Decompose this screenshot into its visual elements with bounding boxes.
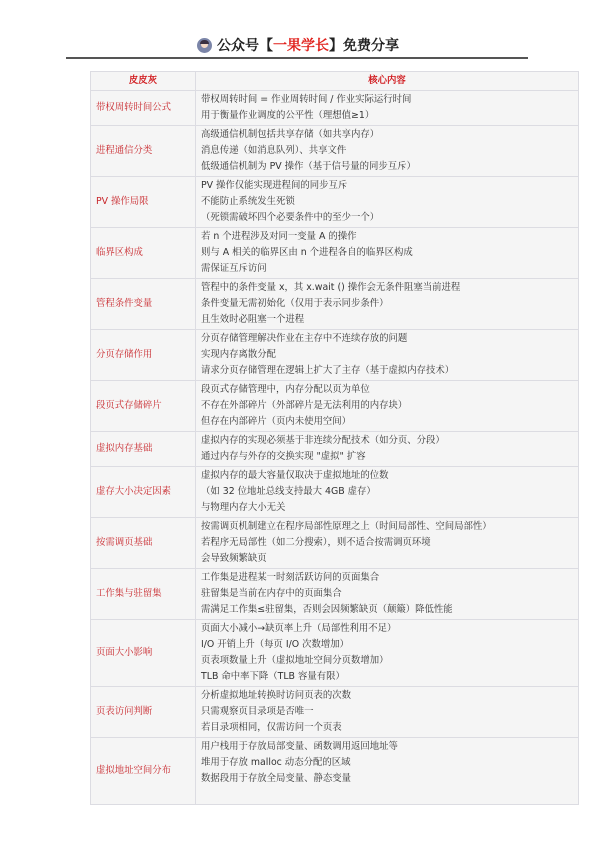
row-content: 管程中的条件变量 x，其 x.wait () 操作会无条件阻塞当前进程条件变量无… [196, 279, 579, 330]
table-row: 带权周转时间公式带权周转时间 = 作业周转时间 / 作业实际运行时间用于衡量作业… [91, 91, 579, 126]
row-content: 工作集是进程某一时刻活跃访问的页面集合驻留集是当前在内存中的页面集合需满足工作集… [196, 569, 579, 620]
content-line: 用户栈用于存放局部变量、函数调用返回地址等 [201, 739, 573, 755]
table-row: 页表访问判断分析虚拟地址转换时访问页表的次数只需观察页目录项是否唯一若目录项相同… [91, 687, 579, 738]
content-line: 页表项数量上升（虚拟地址空间分页数增加） [201, 653, 573, 669]
content-line: 工作集是进程某一时刻活跃访问的页面集合 [201, 570, 573, 586]
row-topic: 段页式存储碎片 [91, 381, 196, 432]
row-topic: 工作集与驻留集 [91, 569, 196, 620]
table-row: PV 操作局限PV 操作仅能实现进程间的同步互斥不能防止系统发生死锁（死锁需破坏… [91, 177, 579, 228]
header-suffix: 】免费分享 [329, 35, 399, 55]
row-content: 分页存储管理解决作业在主存中不连续存放的问题实现内存离散分配请求分页存储管理在逻… [196, 330, 579, 381]
row-topic: 页面大小影响 [91, 620, 196, 687]
avatar-icon [197, 38, 212, 53]
content-line: 但存在内部碎片（页内未使用空间） [201, 414, 573, 430]
content-line: 若程序无局部性（如二分搜索），则不适合按需调页环境 [201, 535, 573, 551]
content-line: 需满足工作集≤驻留集，否则会因频繁缺页（颠簸）降低性能 [201, 602, 573, 618]
content-line: 请求分页存储管理在逻辑上扩大了主存（基于虚拟内存技术） [201, 363, 573, 379]
content-line: 条件变量无需初始化（仅用于表示同步条件） [201, 296, 573, 312]
row-topic: PV 操作局限 [91, 177, 196, 228]
row-content: PV 操作仅能实现进程间的同步互斥不能防止系统发生死锁（死锁需破坏四个必要条件中… [196, 177, 579, 228]
content-line: 不存在外部碎片（外部碎片是无法利用的内存块） [201, 398, 573, 414]
page-header: 公众号【一果学长】免费分享 [0, 33, 596, 57]
content-line: 虚拟内存的实现必须基于非连续分配技术（如分页、分段） [201, 433, 573, 449]
row-topic: 虚拟内存基础 [91, 432, 196, 467]
table-header-row: 皮皮灰 核心内容 [91, 72, 579, 91]
content-line: （死锁需破坏四个必要条件中的至少一个） [201, 210, 573, 226]
table-row: 虚存大小决定因素虚拟内存的最大容量仅取决于虚拟地址的位数（如 32 位地址总线支… [91, 467, 579, 518]
table-row: 分页存储作用分页存储管理解决作业在主存中不连续存放的问题实现内存离散分配请求分页… [91, 330, 579, 381]
content-line: 虚拟内存的最大容量仅取决于虚拟地址的位数 [201, 468, 573, 484]
table-row: 按需调页基础按需调页机制建立在程序局部性原理之上（时间局部性、空间局部性）若程序… [91, 518, 579, 569]
table-row: 段页式存储碎片段页式存储管理中，内存分配以页为单位不存在外部碎片（外部碎片是无法… [91, 381, 579, 432]
content-line: 实现内存离散分配 [201, 347, 573, 363]
row-content: 若 n 个进程涉及对同一变量 A 的操作则与 A 相关的临界区由 n 个进程各自… [196, 228, 579, 279]
content-line: TLB 命中率下降（TLB 容量有限） [201, 669, 573, 685]
content-line: I/O 开销上升（每页 I/O 次数增加） [201, 637, 573, 653]
content-line: 与物理内存大小无关 [201, 500, 573, 516]
content-line: （如 32 位地址总线支持最大 4GB 虚存） [201, 484, 573, 500]
knowledge-table: 皮皮灰 核心内容 带权周转时间公式带权周转时间 = 作业周转时间 / 作业实际运… [90, 71, 579, 805]
column-header-content: 核心内容 [196, 72, 579, 91]
content-line: 消息传递（如消息队列）、共享文件 [201, 143, 573, 159]
table-row: 管程条件变量管程中的条件变量 x，其 x.wait () 操作会无条件阻塞当前进… [91, 279, 579, 330]
content-line: 只需观察页目录项是否唯一 [201, 704, 573, 720]
row-topic: 虚拟地址空间分布 [91, 738, 196, 805]
row-topic: 进程通信分类 [91, 126, 196, 177]
content-line: 页面大小减小→缺页率上升（局部性利用不足） [201, 621, 573, 637]
row-content: 段页式存储管理中，内存分配以页为单位不存在外部碎片（外部碎片是无法利用的内存块）… [196, 381, 579, 432]
content-line: 需保证互斥访问 [201, 261, 573, 277]
row-topic: 虚存大小决定因素 [91, 467, 196, 518]
table-row: 虚拟内存基础虚拟内存的实现必须基于非连续分配技术（如分页、分段）通过内存与外存的… [91, 432, 579, 467]
content-line: 驻留集是当前在内存中的页面集合 [201, 586, 573, 602]
row-content: 分析虚拟地址转换时访问页表的次数只需观察页目录项是否唯一若目录项相同，仅需访问一… [196, 687, 579, 738]
row-topic: 分页存储作用 [91, 330, 196, 381]
content-line: 堆用于存放 malloc 动态分配的区域 [201, 755, 573, 771]
row-topic: 临界区构成 [91, 228, 196, 279]
table-row: 虚拟地址空间分布用户栈用于存放局部变量、函数调用返回地址等堆用于存放 mallo… [91, 738, 579, 805]
content-line: 则与 A 相关的临界区由 n 个进程各自的临界区构成 [201, 245, 573, 261]
row-content: 虚拟内存的最大容量仅取决于虚拟地址的位数（如 32 位地址总线支持最大 4GB … [196, 467, 579, 518]
content-line: 带权周转时间 = 作业周转时间 / 作业实际运行时间 [201, 92, 573, 108]
content-line: 用于衡量作业调度的公平性（理想值≥1） [201, 108, 573, 124]
content-line: 管程中的条件变量 x，其 x.wait () 操作会无条件阻塞当前进程 [201, 280, 573, 296]
row-content: 按需调页机制建立在程序局部性原理之上（时间局部性、空间局部性）若程序无局部性（如… [196, 518, 579, 569]
header-divider [66, 57, 528, 59]
content-line: 不能防止系统发生死锁 [201, 194, 573, 210]
content-line: 会导致频繁缺页 [201, 551, 573, 567]
content-line: 分页存储管理解决作业在主存中不连续存放的问题 [201, 331, 573, 347]
content-line: 分析虚拟地址转换时访问页表的次数 [201, 688, 573, 704]
row-content: 虚拟内存的实现必须基于非连续分配技术（如分页、分段）通过内存与外存的交换实现 "… [196, 432, 579, 467]
content-line: 数据段用于存放全局变量、静态变量 [201, 771, 573, 787]
header-brand: 一果学长 [273, 35, 329, 55]
row-topic: 页表访问判断 [91, 687, 196, 738]
row-content: 用户栈用于存放局部变量、函数调用返回地址等堆用于存放 malloc 动态分配的区… [196, 738, 579, 805]
content-line: 高级通信机制包括共享存储（如共享内存） [201, 127, 573, 143]
row-topic: 管程条件变量 [91, 279, 196, 330]
content-line: PV 操作仅能实现进程间的同步互斥 [201, 178, 573, 194]
row-topic: 按需调页基础 [91, 518, 196, 569]
header-prefix: 公众号【 [217, 35, 273, 55]
content-line [201, 787, 573, 803]
column-header-topic: 皮皮灰 [91, 72, 196, 91]
table-row: 工作集与驻留集工作集是进程某一时刻活跃访问的页面集合驻留集是当前在内存中的页面集… [91, 569, 579, 620]
table-row: 临界区构成若 n 个进程涉及对同一变量 A 的操作则与 A 相关的临界区由 n … [91, 228, 579, 279]
content-line: 若目录项相同，仅需访问一个页表 [201, 720, 573, 736]
row-topic: 带权周转时间公式 [91, 91, 196, 126]
content-line: 若 n 个进程涉及对同一变量 A 的操作 [201, 229, 573, 245]
row-content: 带权周转时间 = 作业周转时间 / 作业实际运行时间用于衡量作业调度的公平性（理… [196, 91, 579, 126]
table-row: 页面大小影响页面大小减小→缺页率上升（局部性利用不足）I/O 开销上升（每页 I… [91, 620, 579, 687]
content-line: 段页式存储管理中，内存分配以页为单位 [201, 382, 573, 398]
row-content: 高级通信机制包括共享存储（如共享内存）消息传递（如消息队列）、共享文件低级通信机… [196, 126, 579, 177]
table-row: 进程通信分类高级通信机制包括共享存储（如共享内存）消息传递（如消息队列）、共享文… [91, 126, 579, 177]
content-line: 通过内存与外存的交换实现 "虚拟" 扩容 [201, 449, 573, 465]
header-title: 公众号【一果学长】免费分享 [197, 35, 399, 55]
row-content: 页面大小减小→缺页率上升（局部性利用不足）I/O 开销上升（每页 I/O 次数增… [196, 620, 579, 687]
content-line: 按需调页机制建立在程序局部性原理之上（时间局部性、空间局部性） [201, 519, 573, 535]
content-line: 且生效时必阻塞一个进程 [201, 312, 573, 328]
content-line: 低级通信机制为 PV 操作（基于信号量的同步互斥） [201, 159, 573, 175]
